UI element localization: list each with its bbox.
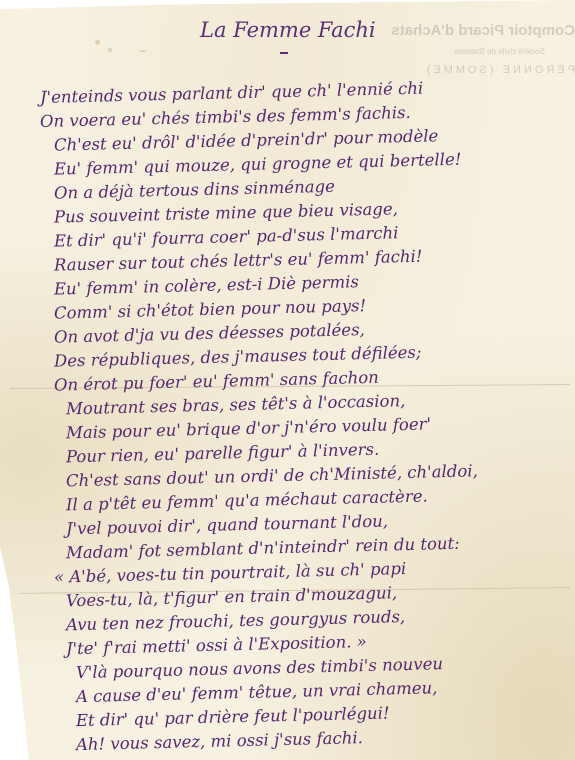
poem-body: J'enteinds vous parlant dir' que ch' l'e… xyxy=(40,86,560,758)
letterhead-subtitle: Société civile de Statistes xyxy=(395,47,575,56)
letterhead-name: Comptoir Picard d'Achats xyxy=(395,22,575,39)
stain-spot xyxy=(140,50,146,52)
letterhead-bleedthrough: Comptoir Picard d'Achats Société civile … xyxy=(395,22,575,76)
title-underline xyxy=(280,52,288,54)
poem-title: La Femme Fachi xyxy=(200,18,376,42)
document-scan: Comptoir Picard d'Achats Société civile … xyxy=(0,0,575,760)
stain-spot xyxy=(108,48,112,52)
stain-spot xyxy=(95,40,100,45)
